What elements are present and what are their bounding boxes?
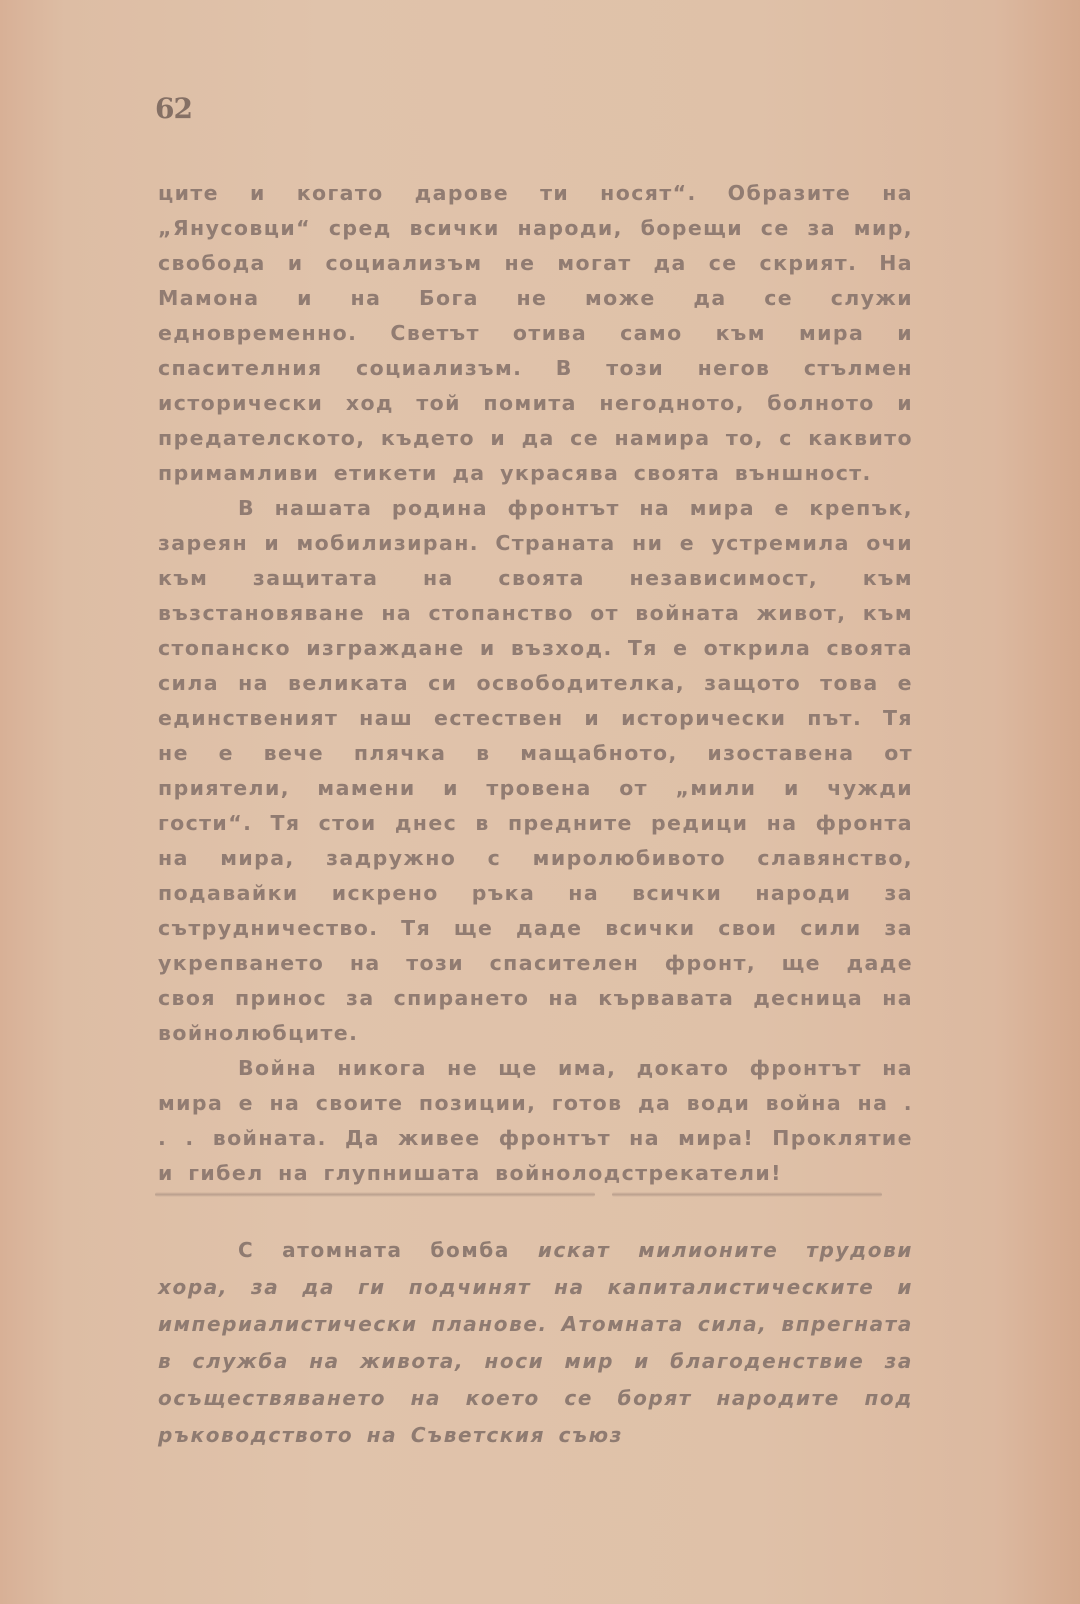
page-number: 62 — [155, 92, 192, 125]
separator-rule-right — [612, 1192, 882, 1197]
footnote-text: искат милионите трудови хора, за да ги п… — [158, 1238, 913, 1447]
footnote: С атомната бомба искат милионите трудови… — [158, 1232, 913, 1454]
paragraph-1: ците и когато дарове ти носят“. Образите… — [158, 176, 913, 491]
scanned-book-page: 62 ците и когато дарове ти носят“. Образ… — [0, 0, 1080, 1604]
main-text: ците и когато дарове ти носят“. Образите… — [158, 176, 913, 1191]
footnote-lead: С атомната бомба — [238, 1238, 510, 1262]
paragraph-2: В нашата родина фронтът на мира е крепък… — [158, 491, 913, 1051]
paragraph-3: Война никога не ще има, докато фронтът н… — [158, 1051, 913, 1191]
separator-rule-left — [155, 1192, 595, 1197]
